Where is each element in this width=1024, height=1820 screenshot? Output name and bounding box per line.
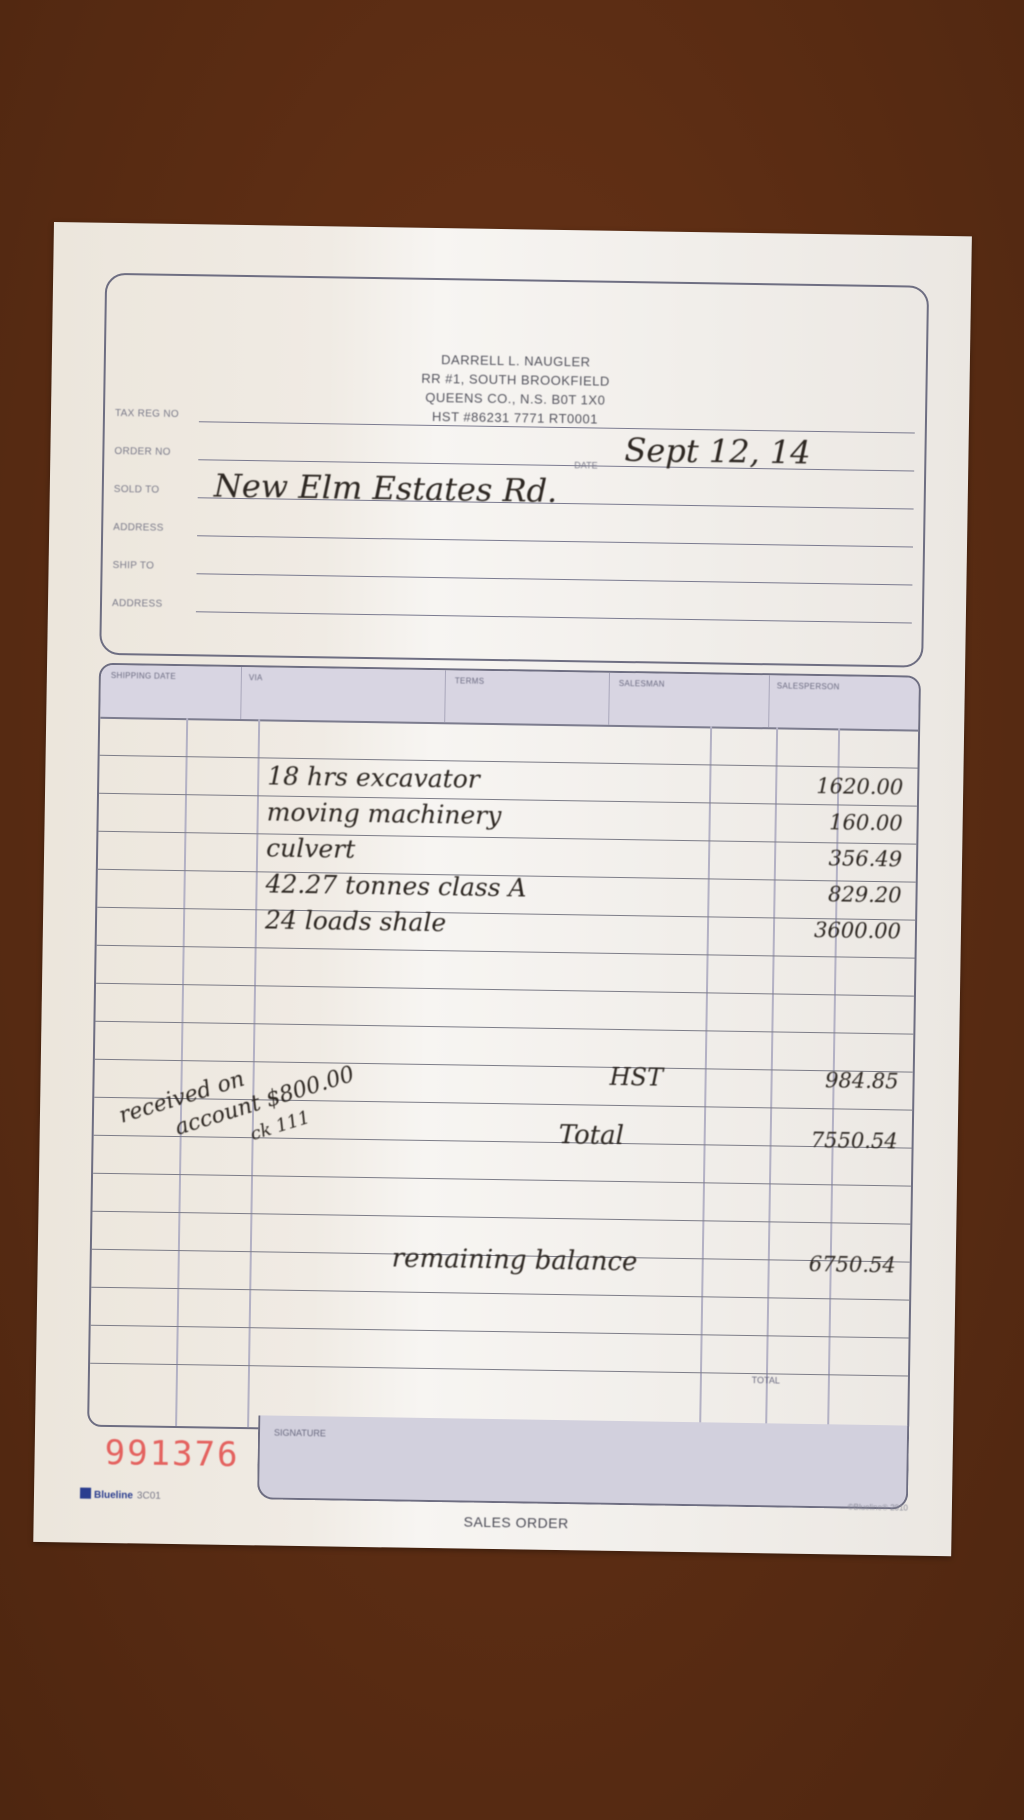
- column-line: [175, 718, 188, 1426]
- item-description: culvert: [266, 833, 355, 863]
- payment-note: received on account $800.00 ck 111: [97, 1017, 438, 1226]
- ship-to-line: [196, 573, 912, 585]
- item-amount: 1620.00: [773, 773, 903, 799]
- header-divider: [240, 667, 242, 719]
- signature-label: SIGNATURE: [274, 1428, 326, 1439]
- order-no-label: ORDER NO: [114, 446, 170, 458]
- total-amount: 7550.54: [767, 1127, 897, 1153]
- sold-to-label: SOLD TO: [114, 484, 160, 496]
- row-line: [100, 755, 918, 769]
- brand-mark: Blueline3C01: [80, 1488, 161, 1502]
- header-divider: [608, 673, 610, 725]
- hst-label: HST: [609, 1063, 663, 1092]
- copyright: ©Blueline® 2010: [848, 1503, 908, 1513]
- row-line: [90, 1363, 908, 1377]
- header-via: VIA: [249, 673, 263, 682]
- header-terms: TERMS: [455, 676, 485, 685]
- item-amount: 160.00: [772, 809, 902, 835]
- date-label: DATE: [574, 460, 597, 470]
- header-salesperson: SALESPERSON: [777, 681, 840, 691]
- header-divider: [444, 670, 446, 722]
- total-label: Total: [558, 1120, 624, 1151]
- signature-box: SIGNATURE: [257, 1415, 909, 1509]
- header-divider: [768, 675, 770, 727]
- hst-amount: 984.85: [768, 1067, 898, 1093]
- ship-address-field: ADDRESS: [112, 583, 912, 626]
- row-line: [97, 945, 915, 959]
- column-line: [699, 726, 712, 1434]
- sales-order-paper: DARRELL L. NAUGLER RR #1, SOUTH BROOKFIE…: [33, 222, 972, 1556]
- item-description: 24 loads shale: [265, 905, 447, 937]
- item-description: moving machinery: [267, 797, 502, 830]
- item-description: 42.27 tonnes class A: [265, 869, 526, 902]
- brand-name: Blueline: [94, 1490, 133, 1502]
- row-line: [91, 1287, 909, 1301]
- remaining-balance-label: remaining balance: [392, 1243, 638, 1277]
- form-title: SALES ORDER: [464, 1514, 569, 1532]
- ship-to-label: SHIP TO: [113, 560, 155, 572]
- address-line: [197, 535, 913, 547]
- row-line: [91, 1325, 909, 1339]
- address-label: ADDRESS: [113, 522, 164, 534]
- header-salesman: SALESMAN: [619, 679, 665, 689]
- item-amount: 3600.00: [771, 917, 901, 943]
- address-field: ADDRESS: [113, 507, 913, 550]
- date-value: Sept 12, 14: [624, 431, 811, 472]
- blueline-logo-icon: [80, 1488, 91, 1499]
- ship-to-field: SHIP TO: [112, 545, 912, 588]
- item-amount: 356.49: [772, 845, 902, 871]
- header-box: DARRELL L. NAUGLER RR #1, SOUTH BROOKFIE…: [99, 273, 929, 668]
- ship-address-label: ADDRESS: [112, 598, 163, 610]
- item-amount: 829.20: [771, 881, 901, 907]
- serial-number: 991376: [104, 1433, 239, 1475]
- tax-reg-line: [199, 421, 915, 433]
- header-shipping-date: SHIPPING DATE: [111, 671, 176, 681]
- ship-address-line: [196, 611, 912, 623]
- form-code: 3C01: [137, 1490, 161, 1501]
- tax-reg-label: TAX REG NO: [115, 408, 179, 420]
- table-header: SHIPPING DATE VIA TERMS SALESMAN SALESPE…: [100, 665, 919, 732]
- total-footer-label: TOTAL: [752, 1375, 780, 1385]
- row-line: [95, 1021, 913, 1035]
- row-line: [96, 983, 914, 997]
- line-items-table: SHIPPING DATE VIA TERMS SALESMAN SALESPE…: [87, 663, 921, 1440]
- row-line: [92, 1211, 910, 1225]
- item-description: 18 hrs excavator: [267, 761, 480, 793]
- sold-to-value: New Elm Estates Rd.: [214, 467, 558, 510]
- remaining-balance-amount: 6750.54: [766, 1251, 896, 1277]
